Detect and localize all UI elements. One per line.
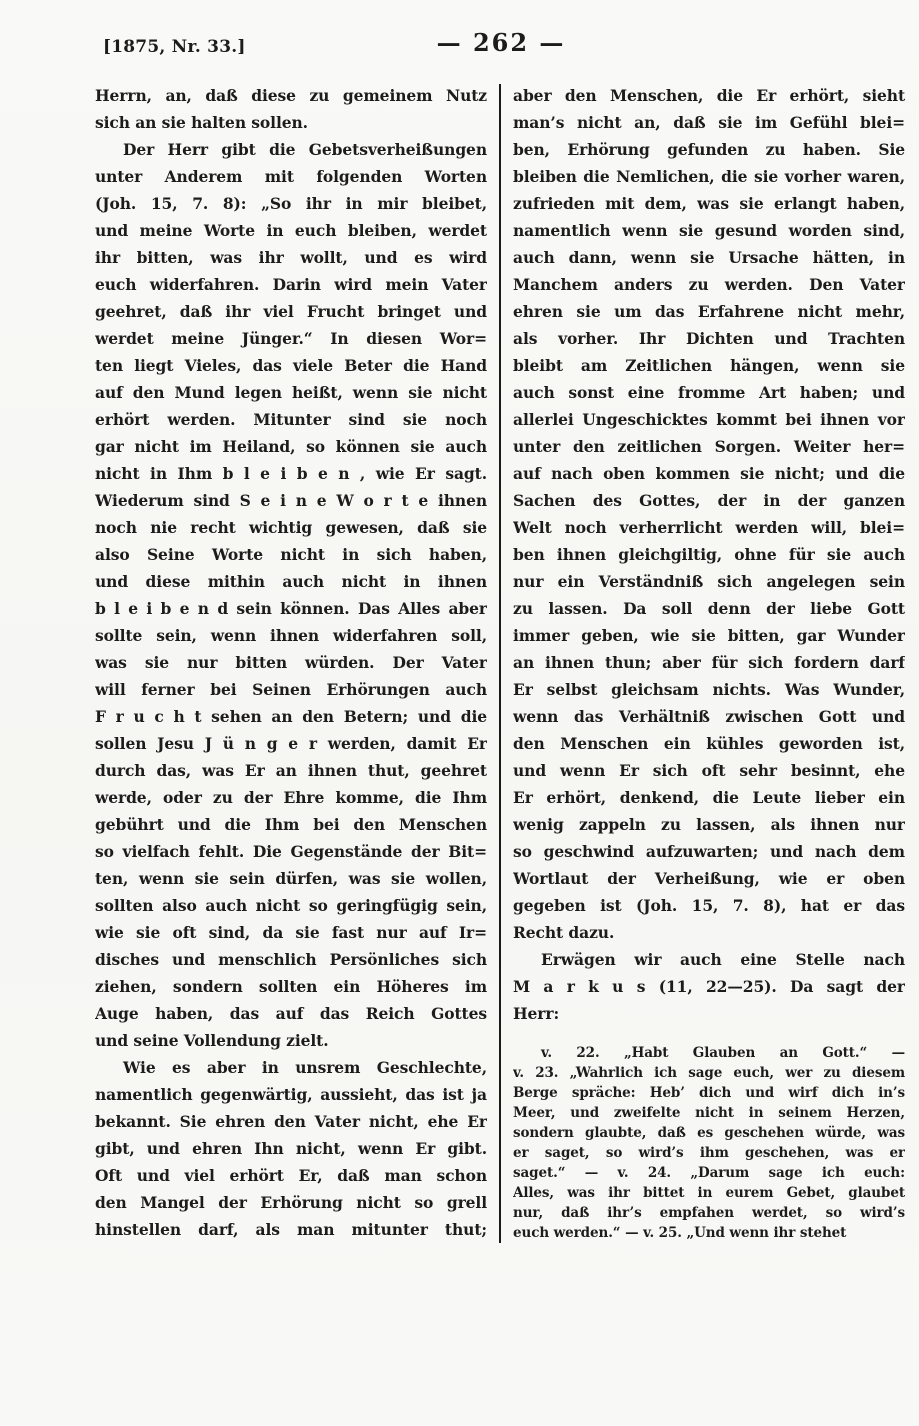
text-line: sondern glaubte, daß es geschehen würde,… xyxy=(513,1123,905,1143)
text-line: zu lassen. Da soll denn der liebe Gott xyxy=(513,595,905,622)
text-line: Sachen des Gottes, der in der ganzen xyxy=(513,487,905,514)
text-line: den Mangel der Erhörung nicht so grell xyxy=(95,1189,487,1216)
text-line: so geschwind aufzuwarten; und nach dem xyxy=(513,838,905,865)
text-line: und diese mithin auch nicht in ihnen xyxy=(95,568,487,595)
text-line: unter den zeitlichen Sorgen. Weiter her= xyxy=(513,433,905,460)
text-line: als vorher. Ihr Dichten und Trachten xyxy=(513,325,905,352)
text-line: zufrieden mit dem, was sie erlangt haben… xyxy=(513,190,905,217)
text-line: euch werden.“ — v. 25. „Und wenn ihr ste… xyxy=(513,1223,905,1243)
text-line: ten liegt Vieles, das viele Beter die Ha… xyxy=(95,352,487,379)
text-line: an ihnen thun; aber für sich fordern dar… xyxy=(513,649,905,676)
text-line: Herrn, an, daß diese zu gemeinem Nutz xyxy=(95,82,487,109)
text-line: ehren sie um das Erfahrene nicht mehr, xyxy=(513,298,905,325)
text-line: auf nach oben kommen sie nicht; und die xyxy=(513,460,905,487)
text-line: was sie nur bitten würden. Der Vater xyxy=(95,649,487,676)
text-line: Er erhört, denkend, die Leute lieber ein xyxy=(513,784,905,811)
text-line: Herr: xyxy=(513,1000,905,1027)
text-line: sollen Jesu J ü n g e r werden, damit Er xyxy=(95,730,487,757)
text-line: Der Herr gibt die Gebetsverheißungen xyxy=(95,136,487,163)
text-line: Wiederum sind S e i n e W o r t e ihnen xyxy=(95,487,487,514)
text-line: und meine Worte in euch bleiben, werdet xyxy=(95,217,487,244)
scanned-journal-page: [1875, Nr. 33.] — 262 — Herrn, an, daß d… xyxy=(0,0,919,1426)
text-line: ben, Erhörung gefunden zu haben. Sie xyxy=(513,136,905,163)
text-line: Auge haben, das auf das Reich Gottes xyxy=(95,1000,487,1027)
text-line: und wenn Er sich oft sehr besinnt, ehe xyxy=(513,757,905,784)
text-line: bekannt. Sie ehren den Vater nicht, ehe … xyxy=(95,1108,487,1135)
text-line: und seine Vollendung zielt. xyxy=(95,1027,487,1054)
text-line: gar nicht im Heiland, so können sie auch xyxy=(95,433,487,460)
text-line: M a r k u s (11, 22—25). Da sagt der xyxy=(513,973,905,1000)
text-line: aber den Menschen, die Er erhört, sieht xyxy=(513,82,905,109)
text-line: Meer, und zweifelte nicht in seinem Herz… xyxy=(513,1103,905,1123)
text-line: geehret, daß ihr viel Frucht bringet und xyxy=(95,298,487,325)
text-line: sich an sie halten sollen. xyxy=(95,109,487,136)
text-line: noch nie recht wichtig gewesen, daß sie xyxy=(95,514,487,541)
text-line: durch das, was Er an ihnen thut, geehret xyxy=(95,757,487,784)
text-line: also Seine Worte nicht in sich haben, xyxy=(95,541,487,568)
text-line: bleibt am Zeitlichen hängen, wenn sie xyxy=(513,352,905,379)
page-header: [1875, Nr. 33.] — 262 — xyxy=(95,28,907,72)
text-line: erhört werden. Mitunter sind sie noch xyxy=(95,406,487,433)
text-line: wenig zappeln zu lassen, als ihnen nur xyxy=(513,811,905,838)
text-line: will ferner bei Seinen Erhörungen auch xyxy=(95,676,487,703)
text-line: auch dann, wenn sie Ursache hätten, in xyxy=(513,244,905,271)
text-line: so vielfach fehlt. Die Gegenstände der B… xyxy=(95,838,487,865)
text-line: wenn das Verhältniß zwischen Gott und xyxy=(513,703,905,730)
text-line: namentlich gegenwärtig, aussieht, das is… xyxy=(95,1081,487,1108)
text-line: nur ein Verständniß sich angelegen sein xyxy=(513,568,905,595)
text-line: ziehen, sondern sollten ein Höheres im xyxy=(95,973,487,1000)
text-line: Alles, was ihr bittet in eurem Gebet, gl… xyxy=(513,1183,905,1203)
text-line: Wie es aber in unsrem Geschlechte, xyxy=(95,1054,487,1081)
text-line: disches und menschlich Persönliches sich… xyxy=(95,946,487,973)
issue-label: [1875, Nr. 33.] xyxy=(103,37,246,57)
text-line: man’s nicht an, daß sie im Gefühl blei= xyxy=(513,109,905,136)
text-columns: Herrn, an, daß diese zu gemeinem Nutzsic… xyxy=(95,82,907,1243)
text-line: hinstellen darf, als man mitunter thut; xyxy=(95,1216,487,1243)
text-line: auf den Mund legen heißt, wenn sie nicht xyxy=(95,379,487,406)
text-line: unter Anderem mit folgenden Worten xyxy=(95,163,487,190)
text-line: ben ihnen gleichgiltig, ohne für sie auc… xyxy=(513,541,905,568)
text-line: ihr bitten, was ihr wollt, und es wird xyxy=(95,244,487,271)
text-line: sollten also auch nicht so geringfügig s… xyxy=(95,892,487,919)
text-line: gegeben ist (Joh. 15, 7. 8), hat er das xyxy=(513,892,905,919)
text-line: Recht dazu. xyxy=(513,919,905,946)
text-line: b l e i b e n d sein können. Das Alles a… xyxy=(95,595,487,622)
text-line: er saget, so wird’s ihm geschehen, was e… xyxy=(513,1143,905,1163)
right-column: aber den Menschen, die Er erhört, siehtm… xyxy=(513,82,905,1243)
text-line: (Joh. 15, 7. 8): „So ihr in mir bleibet, xyxy=(95,190,487,217)
text-line: namentlich wenn sie gesund worden sind, xyxy=(513,217,905,244)
text-line: sollte sein, wenn ihnen widerfahren soll… xyxy=(95,622,487,649)
text-line: werde, oder zu der Ehre komme, die Ihm xyxy=(95,784,487,811)
text-line: gebührt und die Ihm bei den Menschen xyxy=(95,811,487,838)
right-column-main-text: aber den Menschen, die Er erhört, siehtm… xyxy=(513,82,905,1027)
text-line: allerlei Ungeschicktes kommt bei ihnen v… xyxy=(513,406,905,433)
text-line: F r u c h t sehen an den Betern; und die xyxy=(95,703,487,730)
left-column: Herrn, an, daß diese zu gemeinem Nutzsic… xyxy=(95,82,487,1243)
text-line: auch sonst eine fromme Art haben; und xyxy=(513,379,905,406)
text-line: v. 22. „Habt Glauben an Gott.“ — xyxy=(513,1043,905,1063)
text-line: Er selbst gleichsam nichts. Was Wunder, xyxy=(513,676,905,703)
text-line: Manchem anders zu werden. Den Vater xyxy=(513,271,905,298)
text-line: ten, wenn sie sein dürfen, was sie wolle… xyxy=(95,865,487,892)
text-line: nicht in Ihm b l e i b e n , wie Er sagt… xyxy=(95,460,487,487)
text-line: bleiben die Nemlichen, die sie vorher wa… xyxy=(513,163,905,190)
text-line: gibt, und ehren Ihn nicht, wenn Er gibt. xyxy=(95,1135,487,1162)
text-line: wie sie oft sind, da sie fast nur auf Ir… xyxy=(95,919,487,946)
text-line: werdet meine Jünger.“ In diesen Wor= xyxy=(95,325,487,352)
text-line: Berge spräche: Heb’ dich und wirf dich i… xyxy=(513,1083,905,1103)
text-line: Welt noch verherrlicht werden will, blei… xyxy=(513,514,905,541)
verse-quotation-block: v. 22. „Habt Glauben an Gott.“ —v. 23. „… xyxy=(513,1043,905,1243)
text-line: immer geben, wie sie bitten, gar Wunder xyxy=(513,622,905,649)
text-line: euch widerfahren. Darin wird mein Vater xyxy=(95,271,487,298)
column-divider-rule xyxy=(499,84,501,1243)
text-line: saget.“ — v. 24. „Darum sage ich euch: xyxy=(513,1163,905,1183)
text-line: nur, daß ihr’s empfahen werdet, so wird’… xyxy=(513,1203,905,1223)
text-line: v. 23. „Wahrlich ich sage euch, wer zu d… xyxy=(513,1063,905,1083)
text-line: Erwägen wir auch eine Stelle nach xyxy=(513,946,905,973)
text-line: den Menschen ein kühles geworden ist, xyxy=(513,730,905,757)
text-line: Wortlaut der Verheißung, wie er oben xyxy=(513,865,905,892)
text-line: Oft und viel erhört Er, daß man schon xyxy=(95,1162,487,1189)
